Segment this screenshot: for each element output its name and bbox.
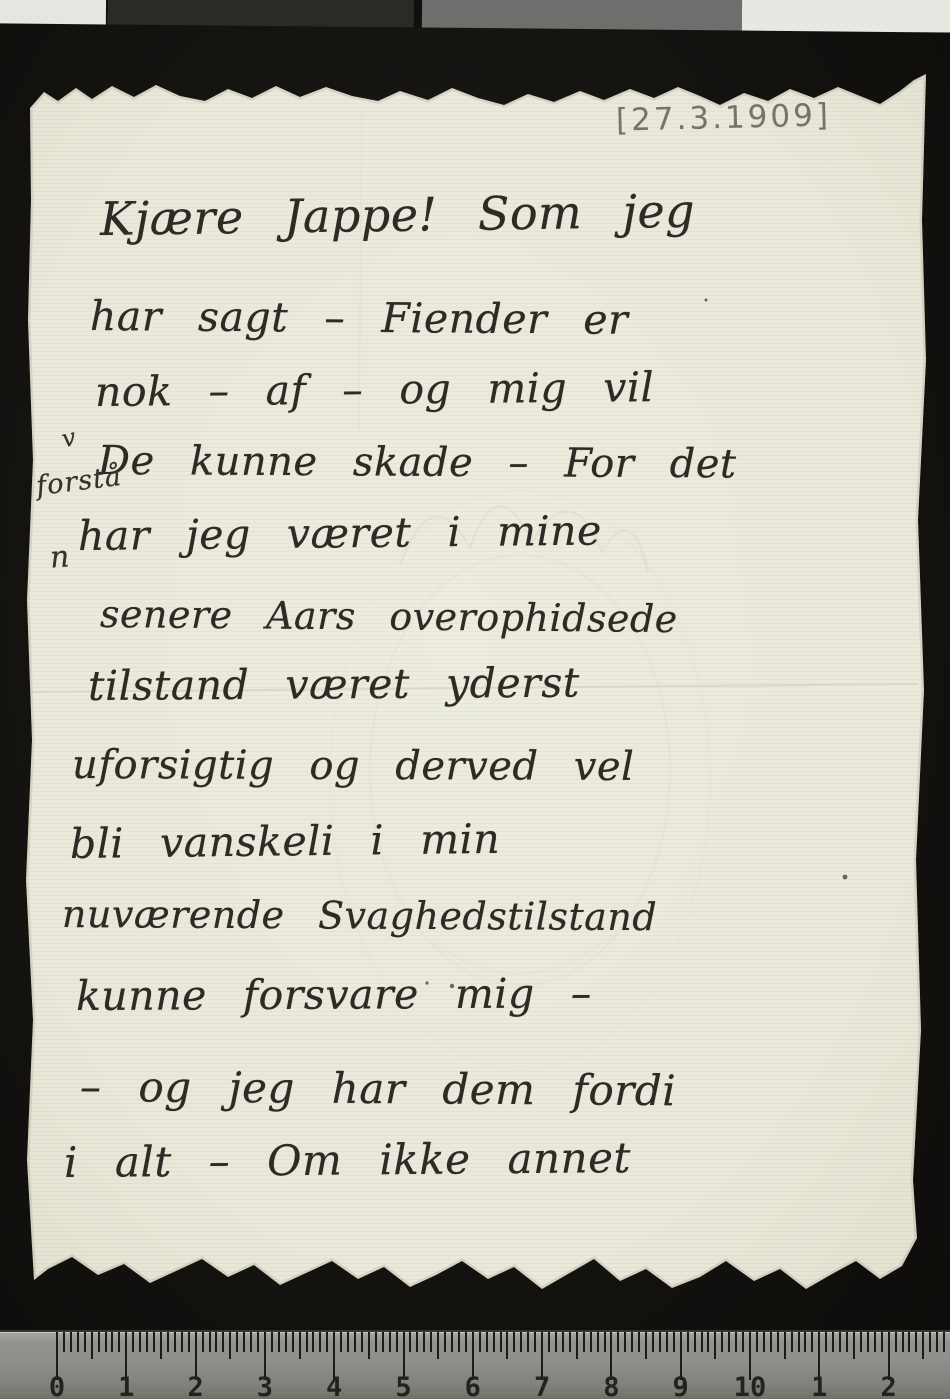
ruler-tick bbox=[493, 1332, 495, 1352]
ruler-tick bbox=[666, 1332, 668, 1352]
ruler-tick bbox=[91, 1332, 93, 1359]
ruler-tick bbox=[811, 1332, 813, 1352]
ruler-tick bbox=[70, 1332, 72, 1352]
ruler-tick bbox=[597, 1332, 599, 1352]
ruler-tick bbox=[278, 1332, 280, 1352]
ruler-tick bbox=[520, 1332, 522, 1352]
ruler-tick bbox=[209, 1332, 211, 1352]
handwriting-line-11: kunne forsvare mig – bbox=[76, 969, 592, 1020]
handwriting-line-6: senere Aars overophidsede bbox=[100, 592, 678, 641]
ruler-tick bbox=[257, 1332, 259, 1352]
ruler-tick bbox=[84, 1332, 86, 1352]
ruler-tick bbox=[756, 1332, 758, 1352]
handwriting-line-7: tilstand været yderst bbox=[88, 659, 580, 710]
ruler-tick bbox=[202, 1332, 204, 1352]
margin-insertion-mark: n bbox=[49, 539, 71, 575]
ruler-tick bbox=[804, 1332, 806, 1352]
ruler-tick bbox=[423, 1332, 425, 1352]
ruler-tick bbox=[243, 1332, 245, 1352]
ruler-tick bbox=[500, 1332, 502, 1352]
ruler-tick bbox=[943, 1332, 945, 1352]
ruler-tick bbox=[229, 1332, 231, 1359]
ruler-tick bbox=[867, 1332, 869, 1352]
ruler-tick bbox=[902, 1332, 904, 1352]
ruler-tick bbox=[728, 1332, 730, 1352]
ruler-tick bbox=[354, 1332, 356, 1352]
ruler-tick bbox=[98, 1332, 100, 1352]
ruler-tick bbox=[299, 1332, 301, 1359]
ruler-tick bbox=[105, 1332, 107, 1352]
ruler-tick bbox=[687, 1332, 689, 1352]
ruler-tick bbox=[444, 1332, 446, 1352]
measurement-ruler: 01234567891012 bbox=[0, 1330, 950, 1399]
ruler-tick bbox=[895, 1332, 897, 1352]
ruler-tick bbox=[936, 1332, 938, 1352]
ruler-tick bbox=[111, 1332, 113, 1352]
ruler-tick bbox=[742, 1332, 744, 1352]
ruler-tick bbox=[361, 1332, 363, 1352]
ruler-tick bbox=[590, 1332, 592, 1352]
ruler-tick bbox=[604, 1332, 606, 1352]
ruler-tick bbox=[714, 1332, 716, 1359]
ruler-tick bbox=[146, 1332, 148, 1352]
ruler-tick bbox=[624, 1332, 626, 1352]
ruler-tick bbox=[340, 1332, 342, 1352]
ruler-tick bbox=[506, 1332, 508, 1359]
ruler-tick bbox=[222, 1332, 224, 1352]
ruler-tick bbox=[292, 1332, 294, 1352]
date-annotation: [27.3.1909] bbox=[616, 97, 832, 138]
ruler-tick bbox=[576, 1332, 578, 1359]
ruler-tick bbox=[652, 1332, 654, 1352]
ruler-tick bbox=[832, 1332, 834, 1352]
ruler-tick bbox=[908, 1332, 910, 1352]
ruler-tick bbox=[562, 1332, 564, 1352]
ruler-number: 8 bbox=[603, 1372, 619, 1399]
handwriting-line-1: Kjære Jappe! Som jeg bbox=[100, 184, 696, 246]
ruler-tick bbox=[139, 1332, 141, 1352]
ruler-tick bbox=[694, 1332, 696, 1352]
ruler-number: 1 bbox=[811, 1372, 827, 1399]
ruler-tick bbox=[118, 1332, 120, 1352]
ruler-tick bbox=[479, 1332, 481, 1352]
ruler-tick bbox=[271, 1332, 273, 1352]
ruler-tick bbox=[527, 1332, 529, 1352]
ruler-tick bbox=[465, 1332, 467, 1352]
ruler-tick bbox=[784, 1332, 786, 1359]
ruler-tick bbox=[825, 1332, 827, 1352]
ruler-tick bbox=[631, 1332, 633, 1352]
ruler-tick bbox=[569, 1332, 571, 1352]
ruler-tick bbox=[763, 1332, 765, 1352]
ruler-tick bbox=[236, 1332, 238, 1352]
ruler-number: 2 bbox=[187, 1372, 203, 1399]
ruler-tick bbox=[153, 1332, 155, 1352]
ruler-tick bbox=[791, 1332, 793, 1352]
ruler-tick bbox=[250, 1332, 252, 1352]
ruler-tick bbox=[215, 1332, 217, 1352]
ruler-tick bbox=[389, 1332, 391, 1352]
handwriting-line-5: har jeg været i mine bbox=[78, 507, 602, 560]
ruler-number: 4 bbox=[326, 1372, 342, 1399]
ruler-tick bbox=[915, 1332, 917, 1352]
ruler-tick bbox=[167, 1332, 169, 1352]
ruler-tick bbox=[382, 1332, 384, 1352]
ruler-tick bbox=[132, 1332, 134, 1352]
ruler-tick bbox=[860, 1332, 862, 1352]
ruler-tick bbox=[160, 1332, 162, 1359]
ruler-tick bbox=[534, 1332, 536, 1352]
ruler-tick bbox=[409, 1332, 411, 1352]
ruler-tick bbox=[555, 1332, 557, 1352]
ruler-number: 3 bbox=[257, 1372, 273, 1399]
ruler-tick bbox=[181, 1332, 183, 1352]
ruler-number: 6 bbox=[465, 1372, 481, 1399]
ruler-tick bbox=[853, 1332, 855, 1359]
ruler-tick bbox=[77, 1332, 79, 1352]
ruler-tick bbox=[188, 1332, 190, 1352]
ruler-tick bbox=[846, 1332, 848, 1352]
handwriting-line-2: har sagt – Fiender er bbox=[90, 292, 629, 344]
ruler-tick bbox=[777, 1332, 779, 1352]
ruler-tick bbox=[701, 1332, 703, 1352]
ruler-tick bbox=[874, 1332, 876, 1352]
ruler-tick bbox=[326, 1332, 328, 1352]
ruler-tick bbox=[437, 1332, 439, 1359]
ruler-tick bbox=[673, 1332, 675, 1352]
handwriting-line-3: nok – af – og mig vil bbox=[95, 363, 655, 416]
ruler-number: 0 bbox=[49, 1372, 65, 1399]
ruler-tick bbox=[659, 1332, 661, 1352]
ruler-tick bbox=[396, 1332, 398, 1352]
ruler-tick bbox=[416, 1332, 418, 1352]
ruler-tick bbox=[583, 1332, 585, 1352]
ruler-tick bbox=[548, 1332, 550, 1352]
ruler-tick bbox=[513, 1332, 515, 1352]
ruler-tick bbox=[839, 1332, 841, 1352]
ruler-tick bbox=[770, 1332, 772, 1352]
ruler-tick bbox=[430, 1332, 432, 1352]
handwriting-line-12: – og jeg har dem fordi bbox=[80, 1062, 676, 1115]
ruler-tick bbox=[458, 1332, 460, 1352]
ruler-tick bbox=[319, 1332, 321, 1352]
handwriting-line-8: uforsigtig og derved vel bbox=[72, 742, 635, 790]
document-scan: [27.3.1909] Kjære Jappe! Som jeghar sagt… bbox=[0, 0, 950, 1399]
ruler-tick bbox=[721, 1332, 723, 1352]
ruler-tick bbox=[735, 1332, 737, 1352]
ruler-tick bbox=[63, 1332, 65, 1352]
ruler-tick bbox=[929, 1332, 931, 1352]
ruler-tick bbox=[174, 1332, 176, 1352]
ruler-number: 9 bbox=[673, 1372, 689, 1399]
ruler-number: 10 bbox=[734, 1372, 767, 1399]
ruler-tick bbox=[451, 1332, 453, 1352]
ruler-tick bbox=[312, 1332, 314, 1352]
ruler-tick bbox=[645, 1332, 647, 1359]
ruler-tick bbox=[798, 1332, 800, 1352]
ruler-tick bbox=[285, 1332, 287, 1352]
ruler-tick bbox=[707, 1332, 709, 1352]
ruler-tick bbox=[375, 1332, 377, 1352]
ruler-tick bbox=[922, 1332, 924, 1359]
ruler-tick bbox=[638, 1332, 640, 1352]
ruler-tick bbox=[306, 1332, 308, 1352]
ruler-tick bbox=[368, 1332, 370, 1359]
ruler-tick bbox=[486, 1332, 488, 1352]
ruler-number: 2 bbox=[880, 1372, 896, 1399]
ruler-number: 5 bbox=[395, 1372, 411, 1399]
ruler-tick bbox=[881, 1332, 883, 1352]
handwriting-line-9: bli vanskeli i min bbox=[70, 815, 501, 868]
ruler-tick bbox=[617, 1332, 619, 1352]
handwriting-line-13: i alt – Om ikke annet bbox=[64, 1133, 631, 1187]
ruler-tick bbox=[347, 1332, 349, 1352]
handwriting-line-10: nuværende Svaghedstilstand bbox=[62, 892, 657, 939]
ruler-number: 7 bbox=[534, 1372, 550, 1399]
ruler-number: 1 bbox=[118, 1372, 134, 1399]
handwriting-line-4: De kunne skade – For det bbox=[98, 438, 737, 487]
